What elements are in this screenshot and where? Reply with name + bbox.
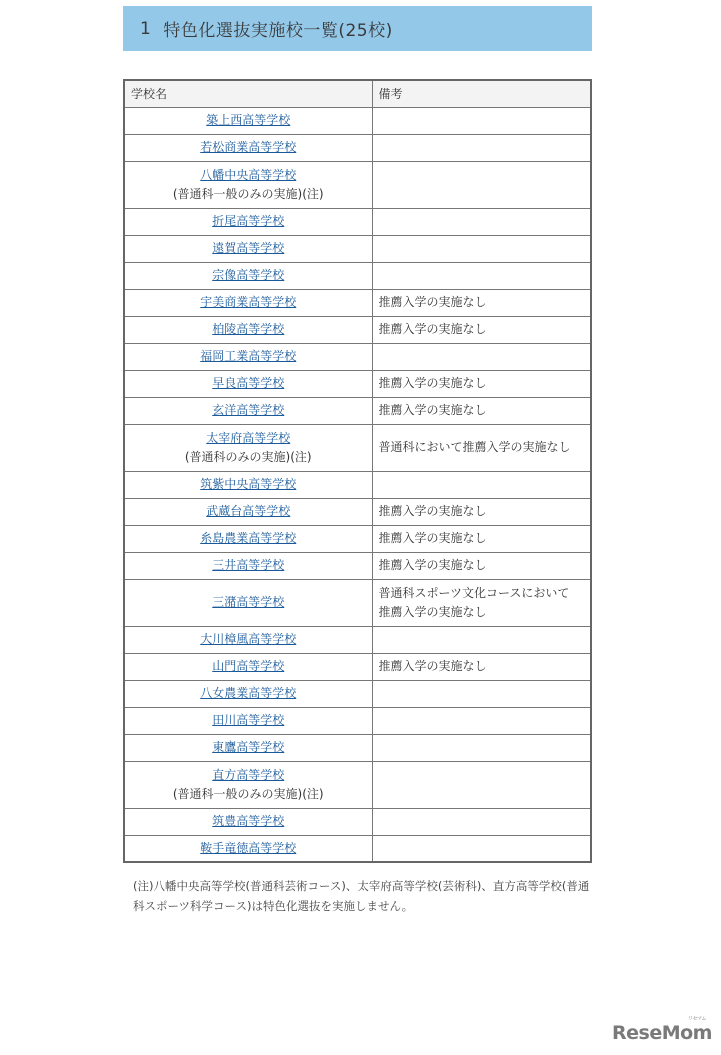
school-link[interactable]: 宇美商業高等学校 — [200, 295, 296, 309]
school-link[interactable]: 東鷹高等学校 — [212, 740, 284, 754]
remarks-text: 推薦入学の実施なし — [379, 376, 487, 390]
remarks-cell — [372, 262, 591, 289]
section-heading: 1 特色化選抜実施校一覧(25校) — [123, 6, 592, 51]
school-name-cell: 山門高等学校 — [124, 653, 372, 680]
table-row: 築上西高等学校 — [124, 107, 591, 134]
school-name-cell: 直方高等学校(普通科一般のみの実施)(注) — [124, 761, 372, 808]
school-link[interactable]: 福岡工業高等学校 — [200, 349, 296, 363]
school-link[interactable]: 田川高等学校 — [212, 713, 284, 727]
remarks-cell — [372, 808, 591, 835]
school-link[interactable]: 折尾高等学校 — [212, 214, 284, 228]
table-row: 宇美商業高等学校推薦入学の実施なし — [124, 289, 591, 316]
table-row: 八女農業高等学校 — [124, 680, 591, 707]
table-row: 遠賀高等学校 — [124, 235, 591, 262]
remarks-text: 推薦入学の実施なし — [379, 504, 487, 518]
school-link[interactable]: 直方高等学校 — [212, 768, 284, 782]
school-name-cell: 武蔵台高等学校 — [124, 498, 372, 525]
remarks-text: 普通科スポーツ文化コースにおいて — [379, 586, 570, 600]
school-name-cell: 太宰府高等学校(普通科のみの実施)(注) — [124, 424, 372, 471]
table-row: 宗像高等学校 — [124, 262, 591, 289]
table-header-row: 学校名 備考 — [124, 80, 591, 107]
table-row: 大川樟風高等学校 — [124, 626, 591, 653]
school-name-cell: 八女農業高等学校 — [124, 680, 372, 707]
remarks-cell: 推薦入学の実施なし — [372, 525, 591, 552]
table-row: 筑紫中央高等学校 — [124, 471, 591, 498]
resemom-logo: ReseMom リセマム — [612, 1022, 712, 1044]
school-name-cell: 三井高等学校 — [124, 552, 372, 579]
remarks-text-line2: 推薦入学の実施なし — [379, 605, 487, 619]
remarks-text: 推薦入学の実施なし — [379, 558, 487, 572]
remarks-text: 推薦入学の実施なし — [379, 531, 487, 545]
remarks-cell: 推薦入学の実施なし — [372, 552, 591, 579]
remarks-cell — [372, 208, 591, 235]
footnote: (注)八幡中央高等学校(普通科芸術コース)、太宰府高等学校(芸術科)、直方高等学… — [133, 876, 595, 916]
school-name-cell: 柏陵高等学校 — [124, 316, 372, 343]
remarks-cell — [372, 835, 591, 862]
school-name-cell: 筑紫中央高等学校 — [124, 471, 372, 498]
school-name-cell: 三潴高等学校 — [124, 579, 372, 626]
school-note-sub: (普通科のみの実施)(注) — [125, 448, 372, 467]
school-name-cell: 折尾高等学校 — [124, 208, 372, 235]
table-row: 田川高等学校 — [124, 707, 591, 734]
remarks-cell: 普通科において推薦入学の実施なし — [372, 424, 591, 471]
school-link[interactable]: 太宰府高等学校 — [206, 431, 290, 445]
school-name-cell: 遠賀高等学校 — [124, 235, 372, 262]
table-row: 早良高等学校推薦入学の実施なし — [124, 370, 591, 397]
school-link[interactable]: 大川樟風高等学校 — [200, 632, 296, 646]
school-name-cell: 福岡工業高等学校 — [124, 343, 372, 370]
school-link[interactable]: 糸島農業高等学校 — [200, 531, 296, 545]
school-name-cell: 鞍手竜徳高等学校 — [124, 835, 372, 862]
school-name-cell: 糸島農業高等学校 — [124, 525, 372, 552]
remarks-cell — [372, 626, 591, 653]
logo-text: ReseMom — [612, 1022, 712, 1044]
remarks-cell: 推薦入学の実施なし — [372, 397, 591, 424]
remarks-cell: 推薦入学の実施なし — [372, 289, 591, 316]
remarks-cell — [372, 134, 591, 161]
table-row: 玄洋高等学校推薦入学の実施なし — [124, 397, 591, 424]
logo-kana: リセマム — [688, 1015, 706, 1022]
school-name-cell: 田川高等学校 — [124, 707, 372, 734]
remarks-text: 推薦入学の実施なし — [379, 322, 487, 336]
remarks-cell — [372, 343, 591, 370]
school-link[interactable]: 筑豊高等学校 — [212, 814, 284, 828]
school-link[interactable]: 八女農業高等学校 — [200, 686, 296, 700]
remarks-text: 推薦入学の実施なし — [379, 295, 487, 309]
remarks-cell: 推薦入学の実施なし — [372, 316, 591, 343]
table-row: 柏陵高等学校推薦入学の実施なし — [124, 316, 591, 343]
school-link[interactable]: 築上西高等学校 — [206, 113, 290, 127]
school-name-cell: 筑豊高等学校 — [124, 808, 372, 835]
school-link[interactable]: 宗像高等学校 — [212, 268, 284, 282]
column-header-school-name: 学校名 — [124, 80, 372, 107]
table-row: 太宰府高等学校(普通科のみの実施)(注)普通科において推薦入学の実施なし — [124, 424, 591, 471]
column-header-notes: 備考 — [372, 80, 591, 107]
school-link[interactable]: 早良高等学校 — [212, 376, 284, 390]
school-name-cell: 宗像高等学校 — [124, 262, 372, 289]
table-row: 山門高等学校推薦入学の実施なし — [124, 653, 591, 680]
school-name-cell: 宇美商業高等学校 — [124, 289, 372, 316]
section-title: 特色化選抜実施校一覧(25校) — [163, 16, 392, 41]
school-link[interactable]: 八幡中央高等学校 — [200, 168, 296, 182]
school-link[interactable]: 鞍手竜徳高等学校 — [200, 841, 296, 855]
remarks-cell: 推薦入学の実施なし — [372, 498, 591, 525]
table-row: 筑豊高等学校 — [124, 808, 591, 835]
remarks-cell — [372, 680, 591, 707]
school-link[interactable]: 三潴高等学校 — [212, 595, 284, 609]
remarks-cell: 推薦入学の実施なし — [372, 370, 591, 397]
remarks-text: 推薦入学の実施なし — [379, 659, 487, 673]
remarks-text: 普通科において推薦入学の実施なし — [379, 440, 571, 454]
table-row: 福岡工業高等学校 — [124, 343, 591, 370]
school-link[interactable]: 武蔵台高等学校 — [206, 504, 290, 518]
table-row: 東鷹高等学校 — [124, 734, 591, 761]
table-row: 武蔵台高等学校推薦入学の実施なし — [124, 498, 591, 525]
school-name-cell: 若松商業高等学校 — [124, 134, 372, 161]
school-note-sub: (普通科一般のみの実施)(注) — [125, 185, 372, 204]
remarks-cell: 普通科スポーツ文化コースにおいて推薦入学の実施なし — [372, 579, 591, 626]
school-link[interactable]: 筑紫中央高等学校 — [200, 477, 296, 491]
school-name-cell: 大川樟風高等学校 — [124, 626, 372, 653]
school-note-sub: (普通科一般のみの実施)(注) — [125, 785, 372, 804]
table-row: 直方高等学校(普通科一般のみの実施)(注) — [124, 761, 591, 808]
section-number: 1 — [140, 19, 151, 39]
remarks-text: 推薦入学の実施なし — [379, 403, 487, 417]
school-name-cell: 早良高等学校 — [124, 370, 372, 397]
schools-table: 学校名 備考 築上西高等学校若松商業高等学校八幡中央高等学校(普通科一般のみの実… — [123, 79, 592, 863]
table-row: 三井高等学校推薦入学の実施なし — [124, 552, 591, 579]
school-name-cell: 八幡中央高等学校(普通科一般のみの実施)(注) — [124, 161, 372, 208]
school-name-cell: 東鷹高等学校 — [124, 734, 372, 761]
school-link[interactable]: 玄洋高等学校 — [212, 403, 284, 417]
remarks-cell — [372, 707, 591, 734]
remarks-cell — [372, 761, 591, 808]
school-name-cell: 築上西高等学校 — [124, 107, 372, 134]
table-row: 糸島農業高等学校推薦入学の実施なし — [124, 525, 591, 552]
remarks-cell — [372, 235, 591, 262]
school-link[interactable]: 若松商業高等学校 — [200, 140, 296, 154]
remarks-cell — [372, 734, 591, 761]
school-link[interactable]: 柏陵高等学校 — [212, 322, 284, 336]
school-link[interactable]: 遠賀高等学校 — [212, 241, 284, 255]
table-row: 鞍手竜徳高等学校 — [124, 835, 591, 862]
table-row: 三潴高等学校普通科スポーツ文化コースにおいて推薦入学の実施なし — [124, 579, 591, 626]
school-link[interactable]: 山門高等学校 — [212, 659, 284, 673]
remarks-cell — [372, 161, 591, 208]
table-row: 八幡中央高等学校(普通科一般のみの実施)(注) — [124, 161, 591, 208]
school-name-cell: 玄洋高等学校 — [124, 397, 372, 424]
table-row: 若松商業高等学校 — [124, 134, 591, 161]
remarks-cell — [372, 107, 591, 134]
table-row: 折尾高等学校 — [124, 208, 591, 235]
school-link[interactable]: 三井高等学校 — [212, 558, 284, 572]
remarks-cell: 推薦入学の実施なし — [372, 653, 591, 680]
remarks-cell — [372, 471, 591, 498]
